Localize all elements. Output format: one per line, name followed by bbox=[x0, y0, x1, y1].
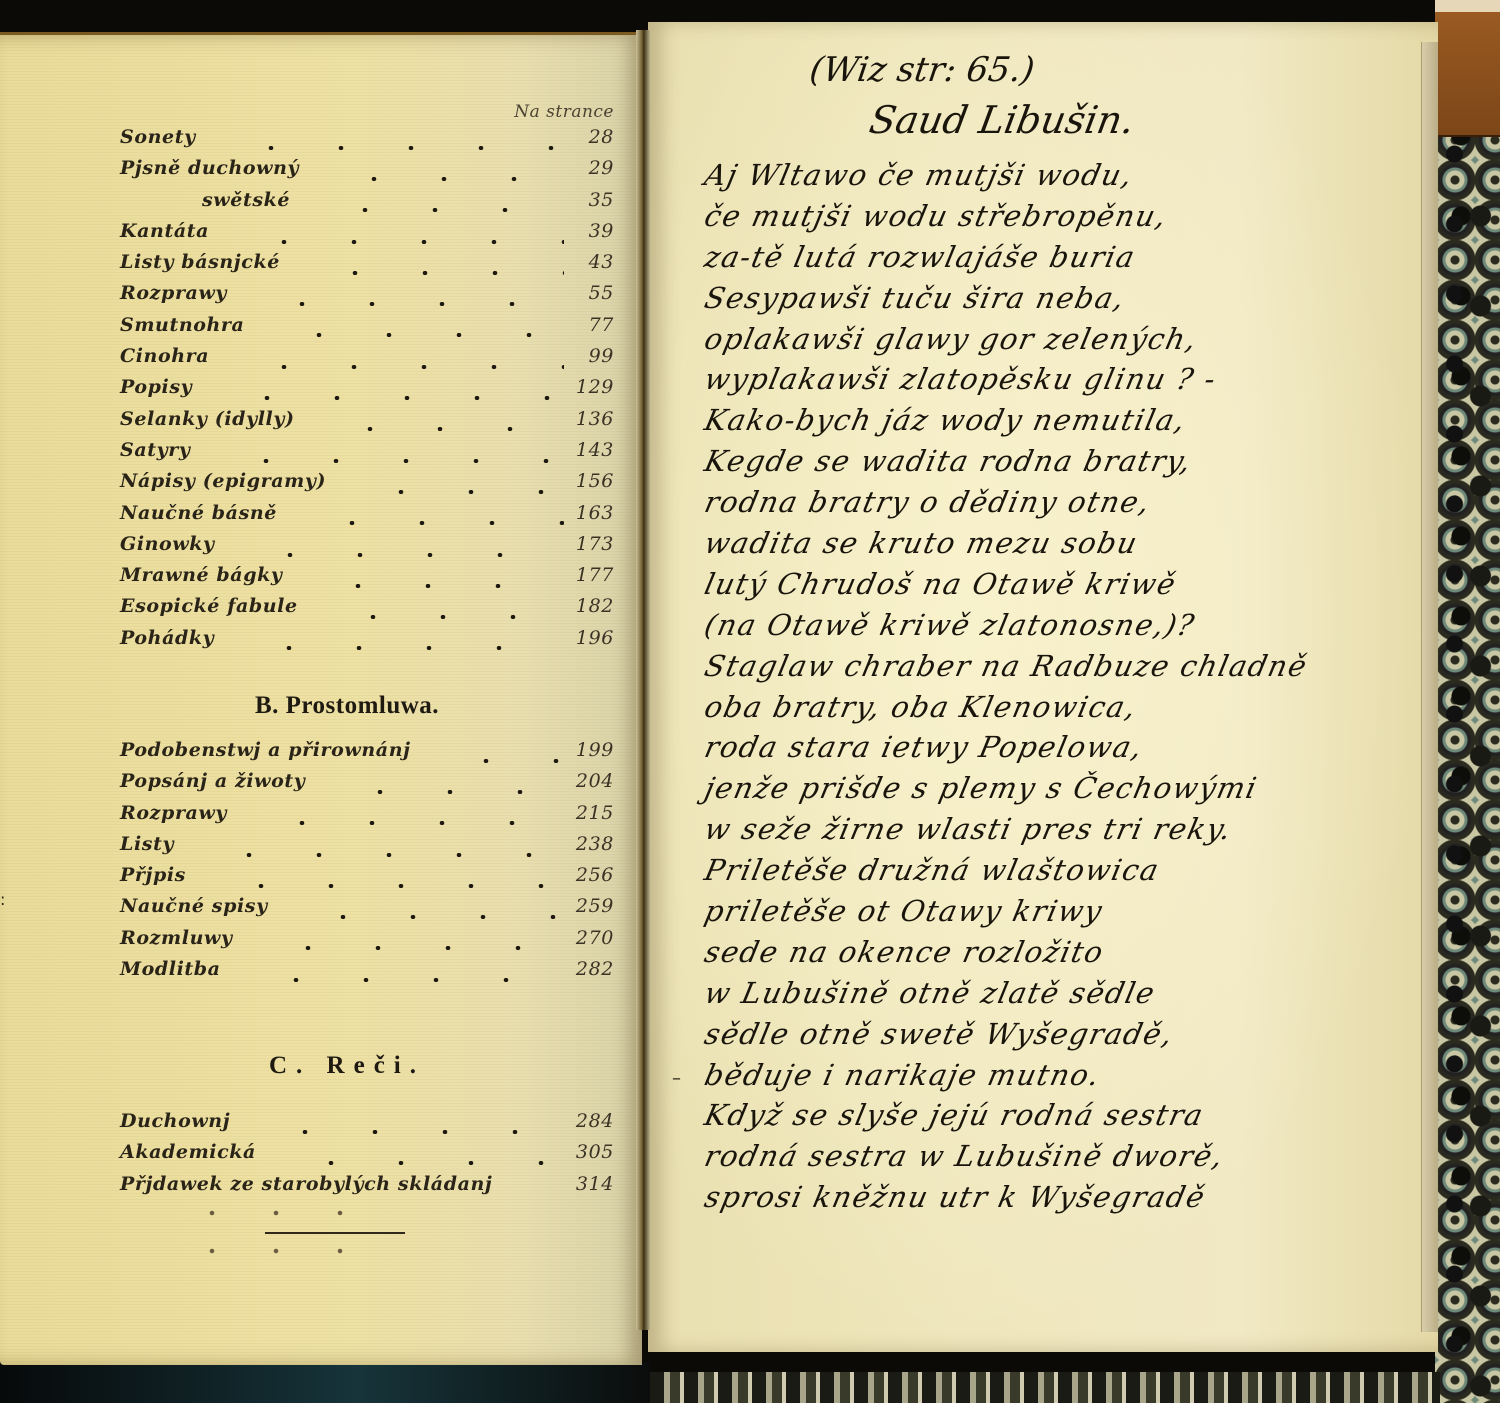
leather-corner bbox=[1435, 0, 1500, 137]
verse-line: oplakawši glawy gor zelených, bbox=[700, 322, 1311, 363]
toc-row: Listy238 bbox=[120, 833, 614, 864]
end-ornament bbox=[120, 1210, 614, 1270]
dot-leader bbox=[300, 208, 564, 212]
verse-line: sede na okence rozložito bbox=[700, 935, 1311, 976]
verse-line: w Lubušině otně zlatě sědle bbox=[700, 976, 1311, 1017]
dot-leader bbox=[290, 271, 564, 275]
toc-title: Rozmluwy bbox=[120, 927, 233, 949]
toc-row: Sonety28 bbox=[120, 126, 614, 157]
open-book-scan: Na strance Sonety28 Pjsně duchowný29 swě… bbox=[0, 0, 1500, 1403]
verse-line: Priletěše družná wlaštowica bbox=[700, 853, 1311, 894]
toc-row: Selanky (idylly)136 bbox=[120, 408, 614, 439]
dot-leader bbox=[202, 396, 564, 400]
verse-line: Kegde se wadita rodna bratry, bbox=[700, 444, 1311, 485]
page-block-edge bbox=[650, 1372, 1440, 1403]
dot-leader bbox=[502, 1192, 564, 1196]
toc-page: 29 bbox=[574, 157, 614, 179]
verse-line: rodná sestra w Lubušině dworě, bbox=[700, 1139, 1311, 1180]
marbled-cover bbox=[1435, 0, 1500, 1403]
dot-leader bbox=[266, 1161, 564, 1165]
dot-leader bbox=[421, 759, 564, 763]
verse-line: běduje i narikaje mutno. bbox=[700, 1058, 1311, 1099]
toc-page: 270 bbox=[574, 927, 614, 949]
toc-row: Podobenstwj a přirownánj199 bbox=[120, 739, 614, 770]
section-b-list: Podobenstwj a přirownánj199 Popsánj a ži… bbox=[120, 739, 614, 989]
toc-row: Mrawné bágky177 bbox=[120, 564, 614, 595]
toc-page: 39 bbox=[574, 220, 614, 242]
dot-leader bbox=[224, 646, 564, 650]
verse-line: wadita se kruto mezu sobu bbox=[700, 526, 1311, 567]
toc-row: Ginowky173 bbox=[120, 533, 614, 564]
toc-row: Duchownj284 bbox=[120, 1110, 614, 1141]
verse-lines: Aj Wltawo če mutjši wodu, če mutjši wodu… bbox=[700, 158, 1302, 1221]
toc-row: Kantáta39 bbox=[120, 220, 614, 251]
toc-title: Satyry bbox=[120, 439, 191, 461]
toc-title: Listy básnjcké bbox=[120, 251, 280, 273]
toc-page: 163 bbox=[574, 502, 614, 524]
toc-row: Popisy129 bbox=[120, 376, 614, 407]
dot-leader bbox=[231, 978, 564, 982]
ornament-rule bbox=[265, 1232, 405, 1234]
verse-line: wyplakawši zlatopěsku glinu ? - bbox=[700, 362, 1311, 403]
dot-leader bbox=[243, 946, 564, 950]
margin-mark: : bbox=[0, 890, 5, 909]
toc-page: 238 bbox=[574, 833, 614, 855]
toc-page: 305 bbox=[574, 1141, 614, 1163]
toc-row: Modlitba282 bbox=[120, 958, 614, 989]
dot-leader bbox=[184, 853, 564, 857]
toc-page: 35 bbox=[574, 189, 614, 211]
toc-page: 156 bbox=[574, 470, 614, 492]
toc-title: Přjpis bbox=[120, 864, 186, 886]
section-b-heading-wrap: B. Prostomluwa. bbox=[120, 692, 614, 720]
toc-title: Pohádky bbox=[120, 627, 214, 649]
toc-row: Popsánj a žiwoty204 bbox=[120, 770, 614, 801]
verse-line: Kako-bych jáz wody nemutila, bbox=[700, 403, 1311, 444]
toc-row: Rozprawy215 bbox=[120, 802, 614, 833]
toc-title: Cinohra bbox=[120, 345, 209, 367]
toc-row: Rozprawy55 bbox=[120, 282, 614, 313]
toc-row: Smutnohra77 bbox=[120, 314, 614, 345]
ornament-dots bbox=[180, 1210, 380, 1216]
toc-page: 129 bbox=[574, 376, 614, 398]
toc-title: Rozprawy bbox=[120, 802, 227, 824]
verse-line: Když se slyše jejú rodná sestra bbox=[700, 1098, 1311, 1139]
toc-title: Ginowky bbox=[120, 533, 215, 555]
dot-leader bbox=[196, 884, 564, 888]
toc-page: 177 bbox=[574, 564, 614, 586]
verse-line: lutý Chrudoš na Otawě kriwě bbox=[700, 567, 1311, 608]
toc-row: Naučné básně163 bbox=[120, 502, 614, 533]
toc-page: 259 bbox=[574, 895, 614, 917]
verse-line: Sesypawši tuču šira neba, bbox=[700, 281, 1311, 322]
verse-line: za-tě lutá rozwlajáše buria bbox=[700, 240, 1311, 281]
toc-page: 256 bbox=[574, 864, 614, 886]
toc-title: Modlitba bbox=[120, 958, 221, 980]
dot-leader bbox=[309, 177, 564, 181]
toc-row: Nápisy (epigramy)156 bbox=[120, 470, 614, 501]
toc-page: 199 bbox=[574, 739, 614, 761]
toc-title: Popisy bbox=[120, 376, 192, 398]
toc-page: 28 bbox=[574, 126, 614, 148]
toc-page: 282 bbox=[574, 958, 614, 980]
toc-row: Naučné spisy259 bbox=[120, 895, 614, 926]
dot-leader bbox=[206, 146, 564, 150]
dot-leader bbox=[308, 615, 564, 619]
dot-leader bbox=[225, 553, 564, 557]
toc-title: Přjdawek ze starobylých skládanj bbox=[120, 1173, 492, 1195]
toc-title: Podobenstwj a přirownánj bbox=[120, 739, 411, 761]
dot-leader bbox=[201, 459, 565, 463]
toc-title: Selanky (idylly) bbox=[120, 408, 295, 430]
verse-line: (na Otawě kriwě zlatonosne,)? bbox=[700, 608, 1311, 649]
toc-title: Duchownj bbox=[120, 1110, 230, 1132]
toc-title: Naučné básně bbox=[120, 502, 277, 524]
verse-line: w seže žirne wlasti pres tri reky. bbox=[700, 812, 1311, 853]
verse-line: če mutjši wodu střebropěnu, bbox=[700, 199, 1311, 240]
toc-title: Listy bbox=[120, 833, 174, 855]
verse-line: rodna bratry o dědiny otne, bbox=[700, 485, 1311, 526]
page-edge bbox=[1421, 42, 1438, 1332]
toc-page: 204 bbox=[574, 770, 614, 792]
toc-title: Akademická bbox=[120, 1141, 256, 1163]
verse-line: roda stara ietwy Popelowa, bbox=[700, 730, 1311, 771]
toc-page: 173 bbox=[574, 533, 614, 555]
toc-title: Popsánj a žiwoty bbox=[120, 770, 305, 792]
dot-leader bbox=[305, 427, 564, 431]
toc-page: 43 bbox=[574, 251, 614, 273]
dot-leader bbox=[237, 302, 564, 306]
toc-page: 215 bbox=[574, 802, 614, 824]
toc-page: 284 bbox=[574, 1110, 614, 1132]
ornament-dots bbox=[180, 1248, 380, 1254]
table-surface bbox=[0, 1362, 650, 1403]
section-c-list: Duchownj284 Akademická305 Přjdawek ze st… bbox=[120, 1110, 614, 1204]
dot-leader bbox=[293, 584, 564, 588]
toc-row: Esopické fabule182 bbox=[120, 595, 614, 626]
toc-title: Pjsně duchowný bbox=[120, 157, 299, 179]
cross-reference: (Wiz str: 65.) bbox=[807, 50, 1037, 90]
toc-row: Pjsně duchowný29 bbox=[120, 157, 614, 188]
toc-page: 143 bbox=[574, 439, 614, 461]
toc-row: Akademická305 bbox=[120, 1141, 614, 1172]
section-b-heading: B. Prostomluwa. bbox=[80, 692, 614, 720]
toc-title: Nápisy (epigramy) bbox=[120, 470, 326, 492]
toc-page: 136 bbox=[574, 408, 614, 430]
toc-row: Cinohra99 bbox=[120, 345, 614, 376]
verse-line: sědle otně swetě Wyšegradě, bbox=[700, 1017, 1311, 1058]
toc-page: 99 bbox=[574, 345, 614, 367]
manuscript-title: Saud Libušin. bbox=[866, 98, 1138, 142]
section-c-heading-wrap: C. Reči. bbox=[120, 1052, 614, 1080]
table-of-contents: Na strance Sonety28 Pjsně duchowný29 swě… bbox=[120, 102, 614, 658]
dot-leader bbox=[240, 1130, 564, 1134]
toc-row: Listy básnjcké43 bbox=[120, 251, 614, 282]
toc-page: 55 bbox=[574, 282, 614, 304]
section-a-list: Sonety28 Pjsně duchowný29 swětské35 Kant… bbox=[120, 126, 614, 658]
toc-title: Kantáta bbox=[120, 220, 209, 242]
toc-page: 77 bbox=[574, 314, 614, 336]
toc-title: Sonety bbox=[120, 126, 196, 148]
dot-leader bbox=[254, 333, 564, 337]
toc-page: 182 bbox=[574, 595, 614, 617]
toc-title: Naučné spisy bbox=[120, 895, 268, 917]
dot-leader bbox=[219, 240, 564, 244]
toc-page: 196 bbox=[574, 627, 614, 649]
toc-title: Rozprawy bbox=[120, 282, 227, 304]
dot-leader bbox=[287, 521, 564, 525]
dot-leader bbox=[336, 490, 564, 494]
toc-title: swětské bbox=[120, 189, 290, 211]
toc-row: swětské35 bbox=[120, 189, 614, 220]
toc-row: Přjpis256 bbox=[120, 864, 614, 895]
page-column-header: Na strance bbox=[120, 102, 614, 126]
dot-leader bbox=[278, 915, 564, 919]
verse-line: oba bratry, oba Klenowica, bbox=[700, 690, 1311, 731]
section-c-heading: C. Reči. bbox=[80, 1052, 614, 1080]
margin-dash-mark: – bbox=[672, 1068, 681, 1089]
verse-line: priletěše ot Otawy kriwy bbox=[700, 894, 1311, 935]
toc-page: 314 bbox=[574, 1173, 614, 1195]
dot-leader bbox=[315, 790, 564, 794]
toc-row: Pohádky196 bbox=[120, 627, 614, 658]
toc-title: Esopické fabule bbox=[120, 595, 298, 617]
toc-title: Mrawné bágky bbox=[120, 564, 283, 586]
verse-line: Staglaw chraber na Radbuze chladně bbox=[700, 649, 1311, 690]
verse-line: jenže prišde s plemy s Čechowými bbox=[700, 771, 1311, 812]
dot-leader bbox=[219, 365, 564, 369]
toc-row: Přjdawek ze starobylých skládanj314 bbox=[120, 1173, 614, 1204]
verse-line: sprosi kněžnu utr k Wyšegradě bbox=[700, 1180, 1311, 1221]
dot-leader bbox=[237, 821, 564, 825]
toc-row: Rozmluwy270 bbox=[120, 927, 614, 958]
toc-title: Smutnohra bbox=[120, 314, 244, 336]
toc-row: Satyry143 bbox=[120, 439, 614, 470]
verse-line: Aj Wltawo če mutjši wodu, bbox=[700, 158, 1311, 199]
book-gutter bbox=[636, 30, 650, 1330]
